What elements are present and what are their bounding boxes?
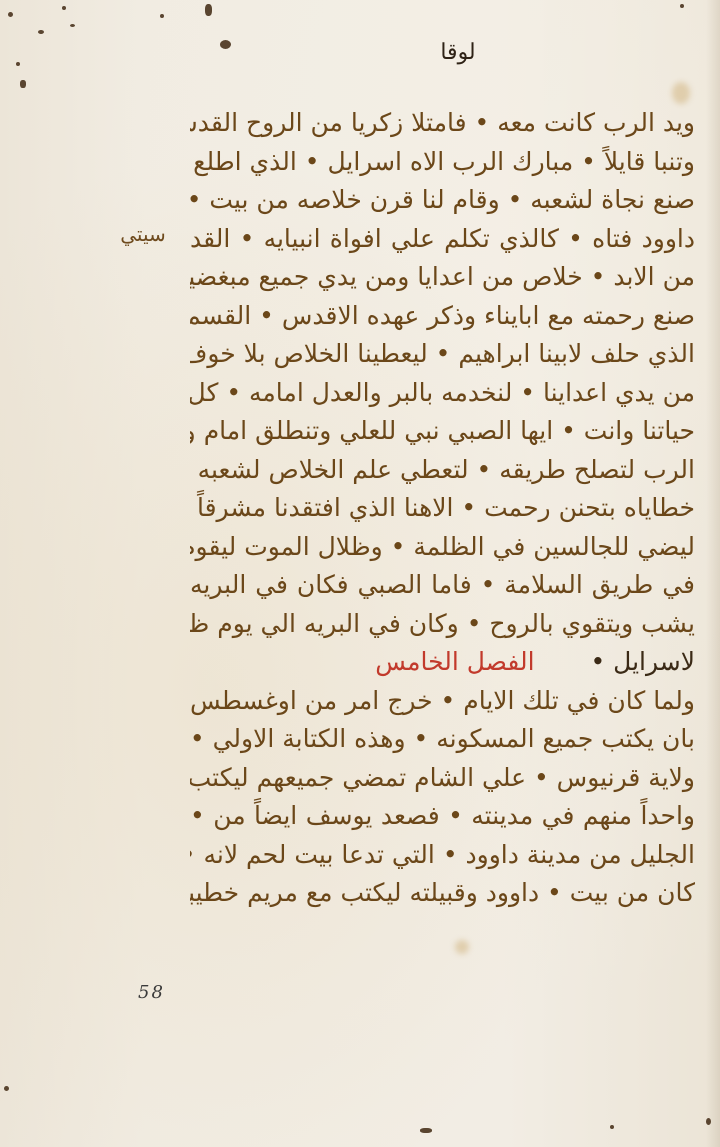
text-line-19: واحداً منهم في مدينته • فصعد يوسف ايضاً … <box>190 797 695 836</box>
paper-speck <box>420 1128 432 1133</box>
text-line-16: ولما كان في تلك الايام • خرج امر من اوغس… <box>190 682 695 721</box>
text-line-9: حياتنا وانت • ايها الصبي نبي للعلي وتنطل… <box>190 412 695 451</box>
text-line-18: ولاية قرنيوس • علي الشام تمضي جميعهم ليك… <box>190 759 695 798</box>
text-line-12: ليضي للجالسين في الظلمة • وظلال الموت لي… <box>190 528 695 567</box>
paper-speck <box>680 4 684 8</box>
manuscript-page: لوقا سيتي ويد الرب كانت معه • فامتلا زكر… <box>0 0 720 1147</box>
text-line-4: داوود فتاه • كالذي تكلم علي افواة انبياي… <box>190 220 695 259</box>
folio-number: 58 <box>138 982 165 1003</box>
paper-speck <box>610 1125 614 1129</box>
paper-speck <box>70 24 75 27</box>
text-line-11: خطاياه بتحنن رحمت • الاهنا الذي افتقدنا … <box>190 489 695 528</box>
text-line-10: الرب لتصلح طريقه • لتعطي علم الخلاص لشعب… <box>190 451 695 490</box>
text-line-8: من يدي اعداينا • لنخدمه بالبر والعدل اما… <box>190 374 695 413</box>
running-header-title: لوقا <box>418 40 498 65</box>
text-line-13: في طريق السلامة • فاما الصبي فكان في الب… <box>190 566 695 605</box>
paper-speck <box>16 62 20 66</box>
paper-speck <box>20 80 26 88</box>
text-line-20: الجليل من مدينة داوود • التي تدعا بيت لح… <box>190 836 695 875</box>
text-line-7: الذي حلف لابينا ابراهيم • ليعطينا الخلاص… <box>190 335 695 374</box>
paper-speck <box>160 14 164 18</box>
main-text-block: ويد الرب كانت معه • فامتلا زكريا من الرو… <box>190 104 695 913</box>
paper-speck <box>4 1086 9 1091</box>
chapter-heading: الفصل الخامس <box>375 647 534 676</box>
paper-speck <box>62 6 66 10</box>
text-line-14: يشب ويتقوي بالروح • وكان في البريه الي ي… <box>190 605 695 644</box>
paper-stain <box>672 82 690 104</box>
chapter-heading-line: لاسرايل • الفصل الخامس <box>190 643 695 682</box>
text-line-17: بان يكتب جميع المسكونه • وهذه الكتابة ال… <box>190 720 695 759</box>
text-line-1: ويد الرب كانت معه • فامتلا زكريا من الرو… <box>190 104 695 143</box>
paper-speck <box>38 30 44 34</box>
page-edge-shadow <box>706 0 720 1147</box>
text-line-6: صنع رحمته مع ابايناء وذكر عهده الاقدس • … <box>190 297 695 336</box>
text-line-2: وتنبا قايلاً • مبارك الرب الاه اسرايل • … <box>190 143 695 182</box>
margin-note: سيتي <box>108 222 178 246</box>
text-line-3: صنع نجاة لشعبه • وقام لنا قرن خلاصه من ب… <box>190 181 695 220</box>
text-line-15: لاسرايل • <box>590 647 695 676</box>
paper-stain <box>455 940 469 954</box>
paper-speck <box>205 4 212 16</box>
paper-speck <box>8 12 13 17</box>
paper-speck <box>706 1118 711 1125</box>
text-line-5: من الابد • خلاص من اعدايا ومن يدي جميع م… <box>190 258 695 297</box>
paper-speck <box>220 40 231 49</box>
text-line-21: كان من بيت • داوود وقبيلته ليكتب مع مريم… <box>190 874 695 913</box>
